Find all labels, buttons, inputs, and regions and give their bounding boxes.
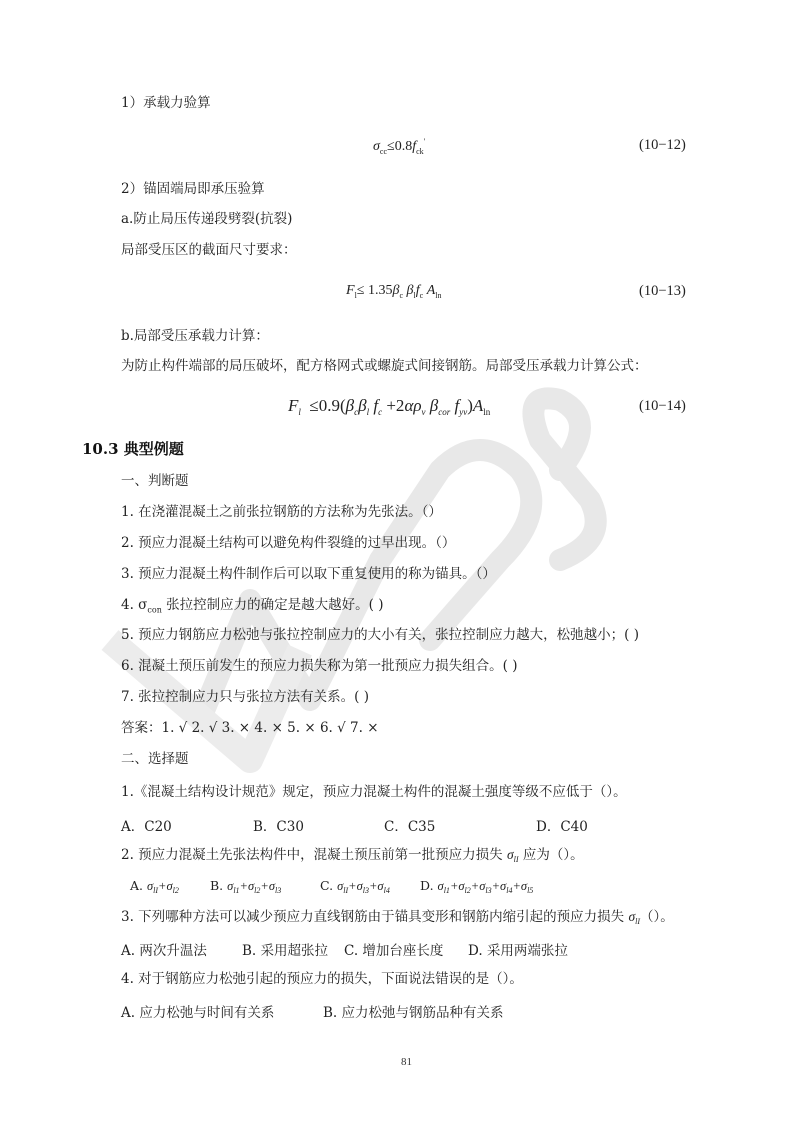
tf-item-3: 3. 预应力混凝土构件制作后可以取下重复使用的称为锚具。（） bbox=[121, 565, 496, 583]
tf-answer: 答案：1. √ 2. √ 3. × 4. × 5. × 6. √ 7. × bbox=[121, 719, 379, 737]
mc-q4-option-a: A. 应力松弛与时间有关系 bbox=[121, 1001, 274, 1021]
mc-q1-option-a: A．C20 bbox=[121, 815, 172, 835]
formula-10-13: Fl≤ 1.35βc βlfc Aln bbox=[346, 283, 442, 300]
mc-q3-option-d: D. 采用两端张拉 bbox=[468, 939, 568, 959]
mc-q3-stem: 3. 下列哪种方法可以减少预应力直线钢筋由于锚具变形和钢筋内缩引起的预应力损失 … bbox=[121, 908, 674, 931]
tf-item-1: 1. 在浇灌混凝土之前张拉钢筋的方法称为先张法。（） bbox=[121, 503, 442, 521]
section-split-prevention: a.防止局压传递段劈裂(抗裂) bbox=[121, 210, 292, 228]
true-false-title: 一、判断题 bbox=[121, 472, 189, 490]
mc-q3-option-c: C. 增加台座长度 bbox=[344, 939, 443, 959]
mc-q1-option-c: C．C35 bbox=[384, 815, 435, 835]
tf-item-7: 7. 张拉控制应力只与张拉方法有关系。( ) bbox=[121, 688, 369, 706]
document-page: 1）承载力验算 σcc≤0.8fck' (10−12) 2）锚固端局即承压验算 … bbox=[0, 0, 793, 1122]
mc-q2-option-b: B. σl1+σl2+σl3 bbox=[210, 878, 281, 895]
tf-item-5: 5. 预应力钢筋应力松弛与张拉控制应力的大小有关，张拉控制应力越大，松弛越小；(… bbox=[121, 626, 639, 644]
section-local-capacity: b.局部受压承载力计算： bbox=[121, 327, 269, 345]
page-number: 81 bbox=[0, 1056, 793, 1068]
tf-item-4: 4. σcon 张拉控制应力的确定是越大越好。( ) bbox=[121, 596, 383, 620]
tf-item-6: 6. 混凝土预压前发生的预应力损失称为第一批预应力损失组合。( ) bbox=[121, 657, 518, 675]
mc-q2-stem: 2. 预应力混凝土先张法构件中，混凝土预压前第一批预应力损失 σlI 应为（）。 bbox=[121, 846, 584, 869]
mc-q2-option-d: D. σl1+σl2+σl3+σl4+σl5 bbox=[420, 878, 533, 895]
formula-10-14: Fl ≤0.9(βcβl fc +2αρv βcor fyv)Aln bbox=[288, 396, 490, 417]
mc-q2-option-c: C. σlI+σl3+σl4 bbox=[320, 878, 390, 895]
mc-q1-option-b: B．C30 bbox=[253, 815, 304, 835]
mc-q2-option-a: A. σlI+σl2 bbox=[130, 878, 179, 895]
mc-q4-stem: 4. 对于钢筋应力松弛引起的预应力的损失，下面说法错误的是（）。 bbox=[121, 970, 523, 988]
multiple-choice-title: 二、选择题 bbox=[121, 750, 189, 768]
section-anchor-check: 2）锚固端局即承压验算 bbox=[121, 180, 265, 198]
mc-q1-option-d: D．C40 bbox=[536, 815, 588, 835]
equation-number-10-14: (10−14) bbox=[639, 398, 686, 415]
local-capacity-description: 为防止构件端部的局压破坏，配方格网式或螺旋式间接钢筋。局部受压承载力计算公式： bbox=[121, 357, 648, 375]
mc-q4-option-b: B. 应力松弛与钢筋品种有关系 bbox=[323, 1001, 504, 1021]
section-bearing-check: 1）承载力验算 bbox=[121, 94, 211, 112]
section-heading: 10.3 典型例题 bbox=[82, 438, 184, 459]
equation-number-10-12: (10−12) bbox=[639, 137, 686, 154]
mc-q3-option-a: A. 两次升温法 bbox=[121, 939, 207, 959]
mc-q3-option-b: B. 采用超张拉 bbox=[242, 939, 328, 959]
mc-q1-stem: 1.《混凝土结构设计规范》规定，预应力混凝土构件的混凝土强度等级不应低于（）。 bbox=[121, 783, 627, 801]
formula-10-12: σcc≤0.8fck' bbox=[373, 137, 425, 156]
tf-item-2: 2. 预应力混凝土结构可以避免构件裂缝的过早出现。（） bbox=[121, 534, 455, 552]
section-size-requirement: 局部受压区的截面尺寸要求： bbox=[121, 241, 297, 259]
equation-number-10-13: (10−13) bbox=[639, 283, 686, 300]
